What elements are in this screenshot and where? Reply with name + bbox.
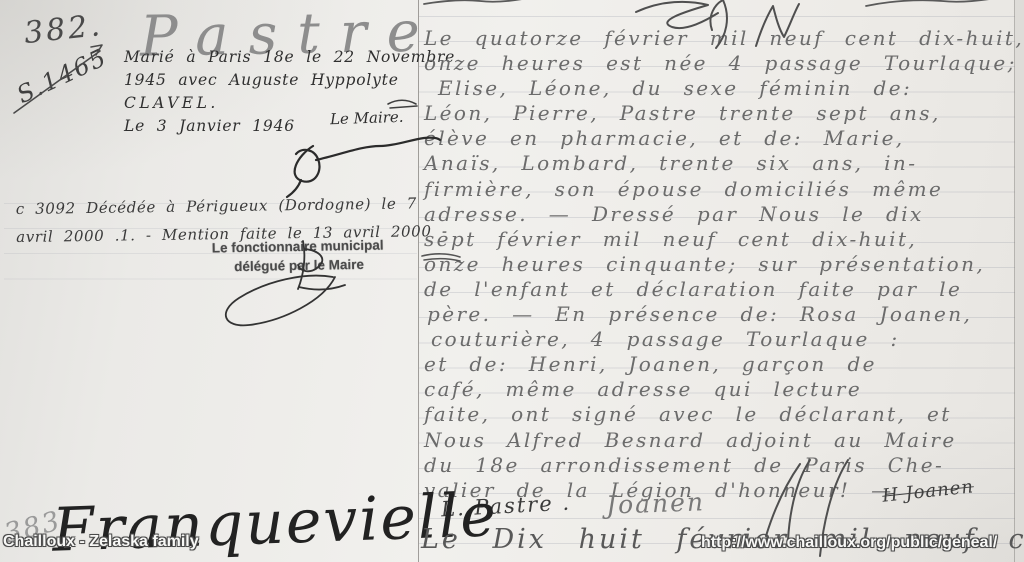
watermark-family: Chailloux - Zelaska family xyxy=(3,533,199,551)
ink-marks-overlay xyxy=(0,0,1024,562)
series-strike-arrow xyxy=(14,45,102,113)
registry-scan-page: 382. S.1465 Pastre Marié à Paris 18e le … xyxy=(0,0,1024,562)
correction-scribble-margin xyxy=(388,100,417,108)
previous-record-scrawl-left xyxy=(424,0,528,4)
mayor-signature-stroke xyxy=(287,138,440,197)
correction-scribble-onze xyxy=(422,254,460,261)
watermark-url: http://www.chailloux.org/public/geneal/ xyxy=(701,534,997,552)
stamp-signature-stroke xyxy=(226,241,345,325)
previous-record-scrawl-right xyxy=(866,0,996,6)
previous-record-scrawl-middle xyxy=(636,0,799,48)
